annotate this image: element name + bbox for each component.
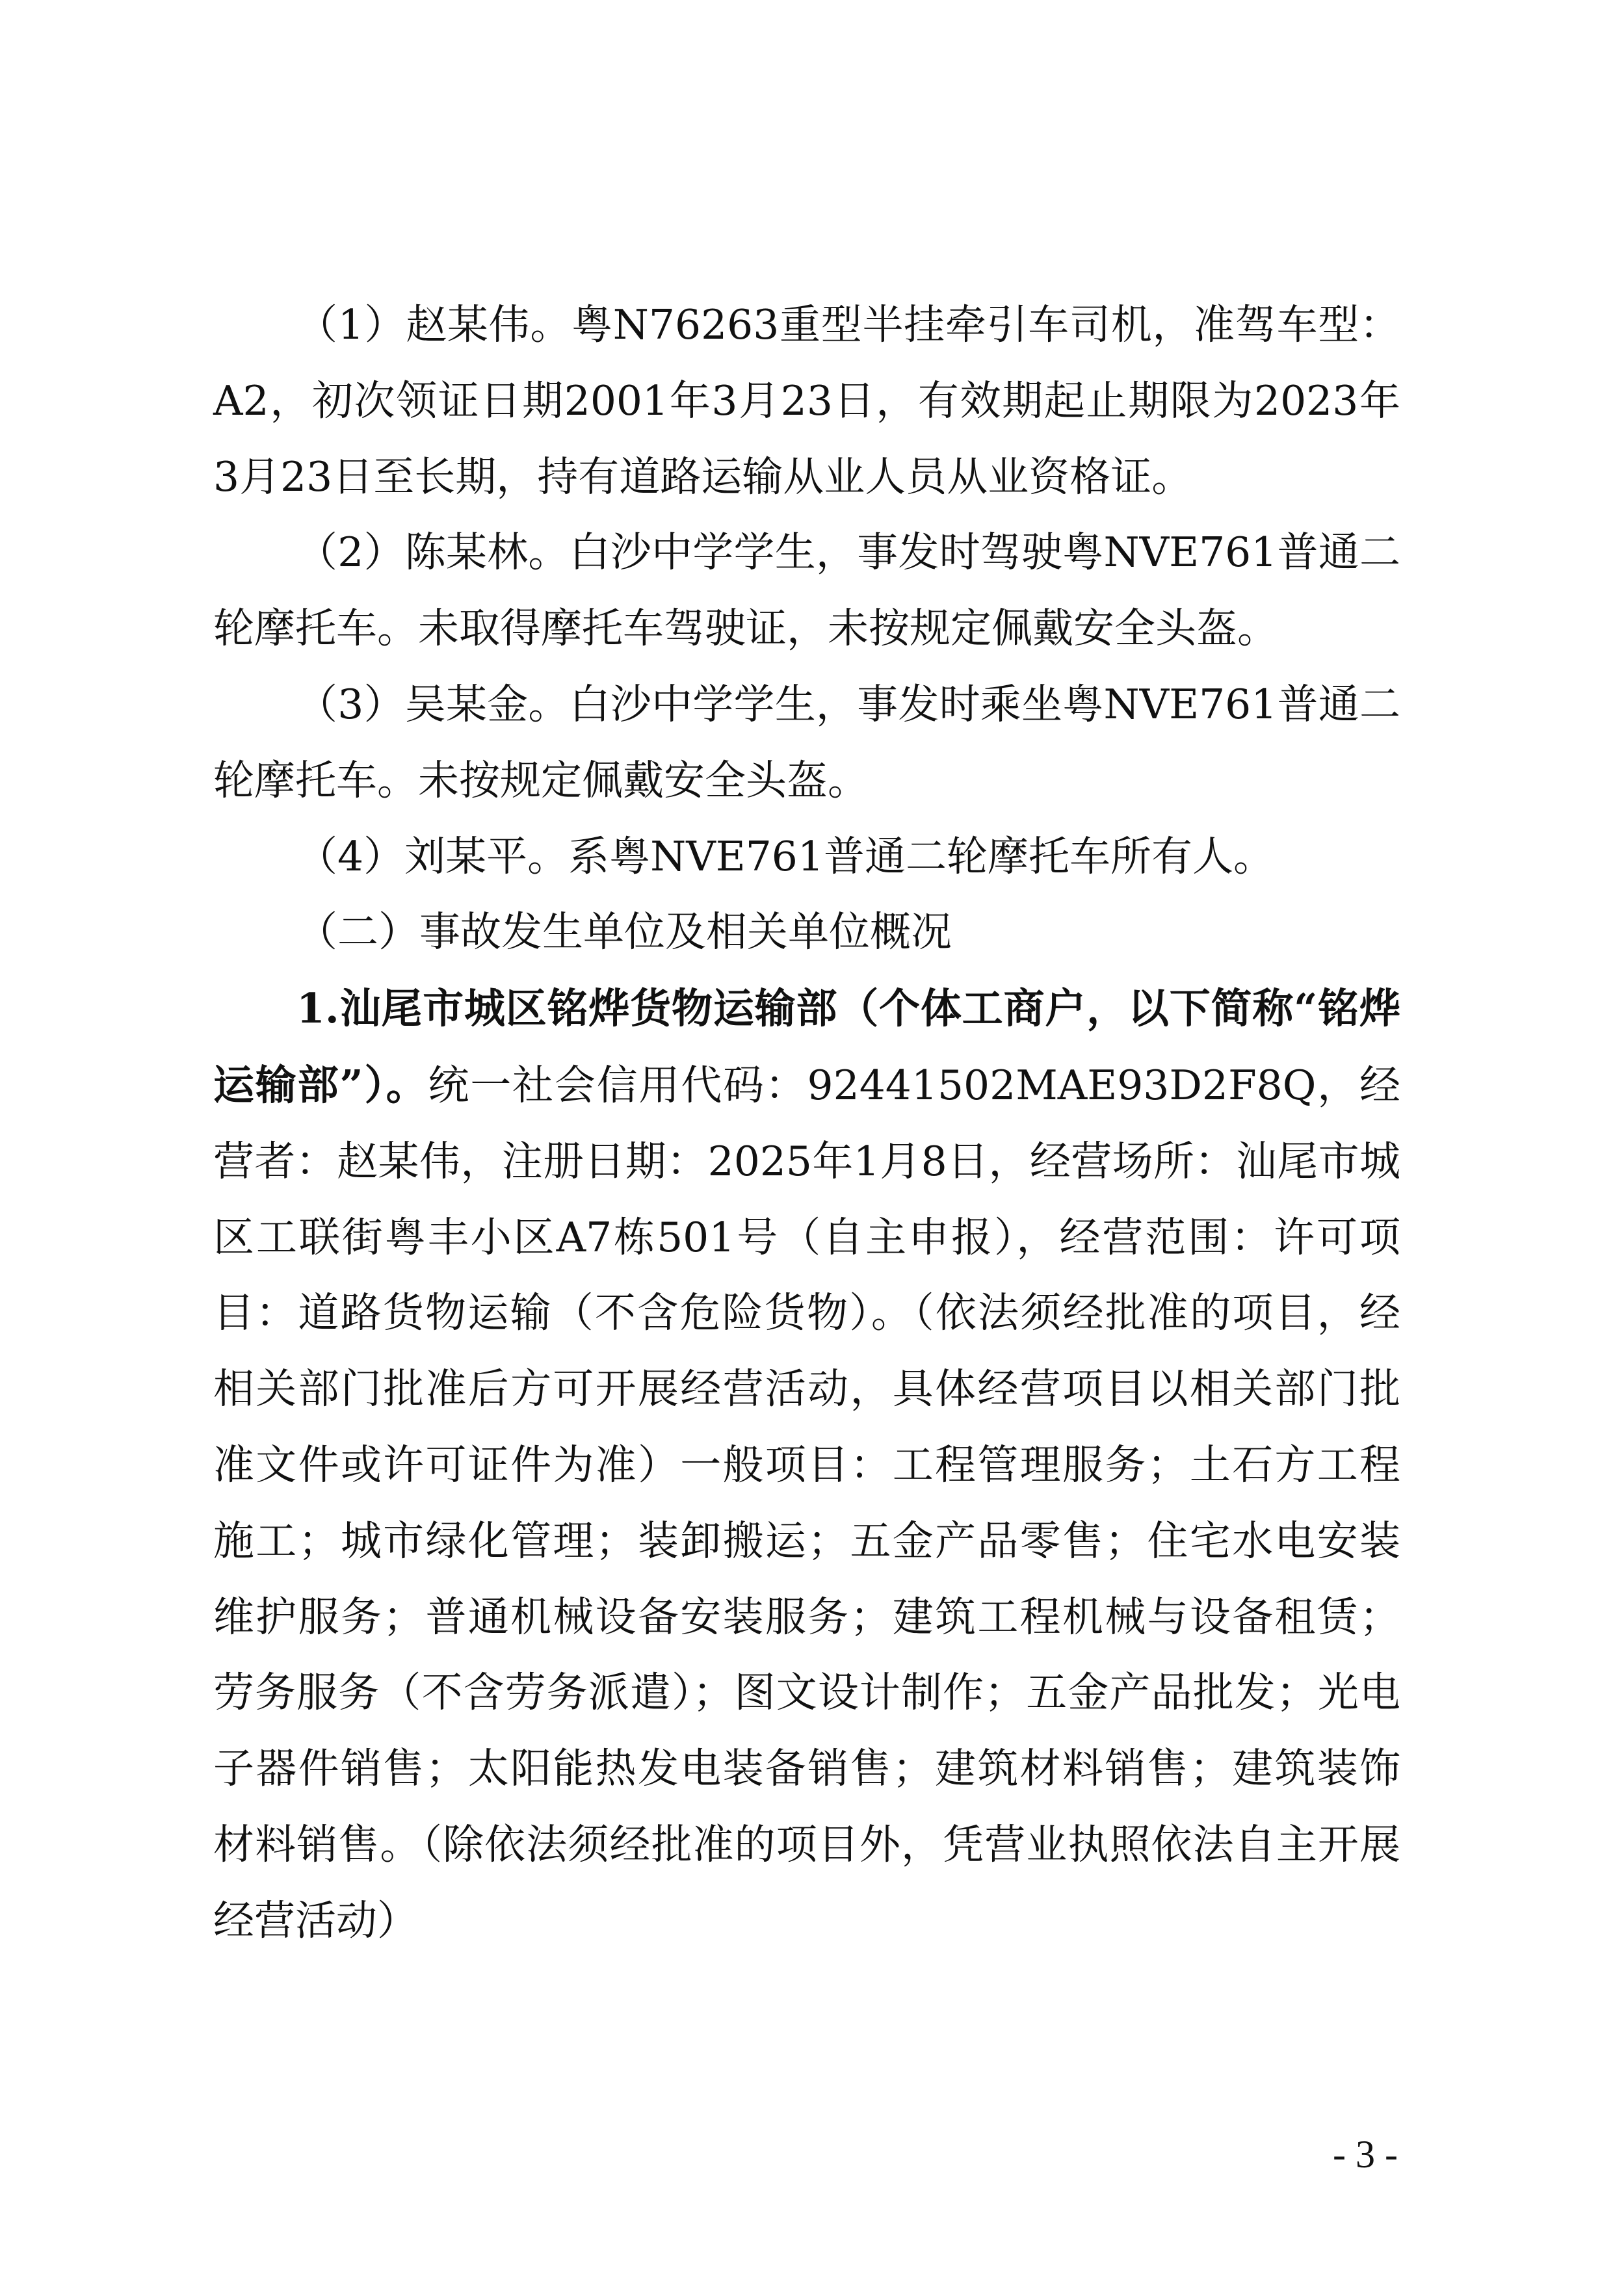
section-heading-units: （二）事故发生单位及相关单位概况	[213, 894, 1400, 971]
paragraph-owner-liu: （4）刘某平。系粤NVE761普通二轮摩托车所有人。	[213, 819, 1400, 895]
paragraph-driver-zhao: （1）赵某伟。粤N76263重型半挂牵引车司机，准驾车型：A2，初次领证日期20…	[213, 287, 1400, 515]
paragraph-passenger-wu: （3）吴某金。白沙中学学生，事发时乘坐粤NVE761普通二轮摩托车。未按规定佩戴…	[213, 667, 1400, 819]
company-details: 统一社会信用代码：92441502MAE93D2F8Q，经营者：赵某伟，注册日期…	[213, 1062, 1400, 1944]
paragraph-rider-chen: （2）陈某林。白沙中学学生，事发时驾驶粤NVE761普通二轮摩托车。未取得摩托车…	[213, 515, 1400, 667]
paragraph-company-info: 1.汕尾市城区铭烨货物运输部（个体工商户，以下简称“铭烨运输部”）。统一社会信用…	[213, 971, 1400, 1959]
document-page: （1）赵某伟。粤N76263重型半挂牵引车司机，准驾车型：A2，初次领证日期20…	[0, 0, 1613, 2296]
document-body: （1）赵某伟。粤N76263重型半挂牵引车司机，准驾车型：A2，初次领证日期20…	[213, 287, 1400, 1959]
page-number: - 3 -	[1300, 2132, 1430, 2177]
